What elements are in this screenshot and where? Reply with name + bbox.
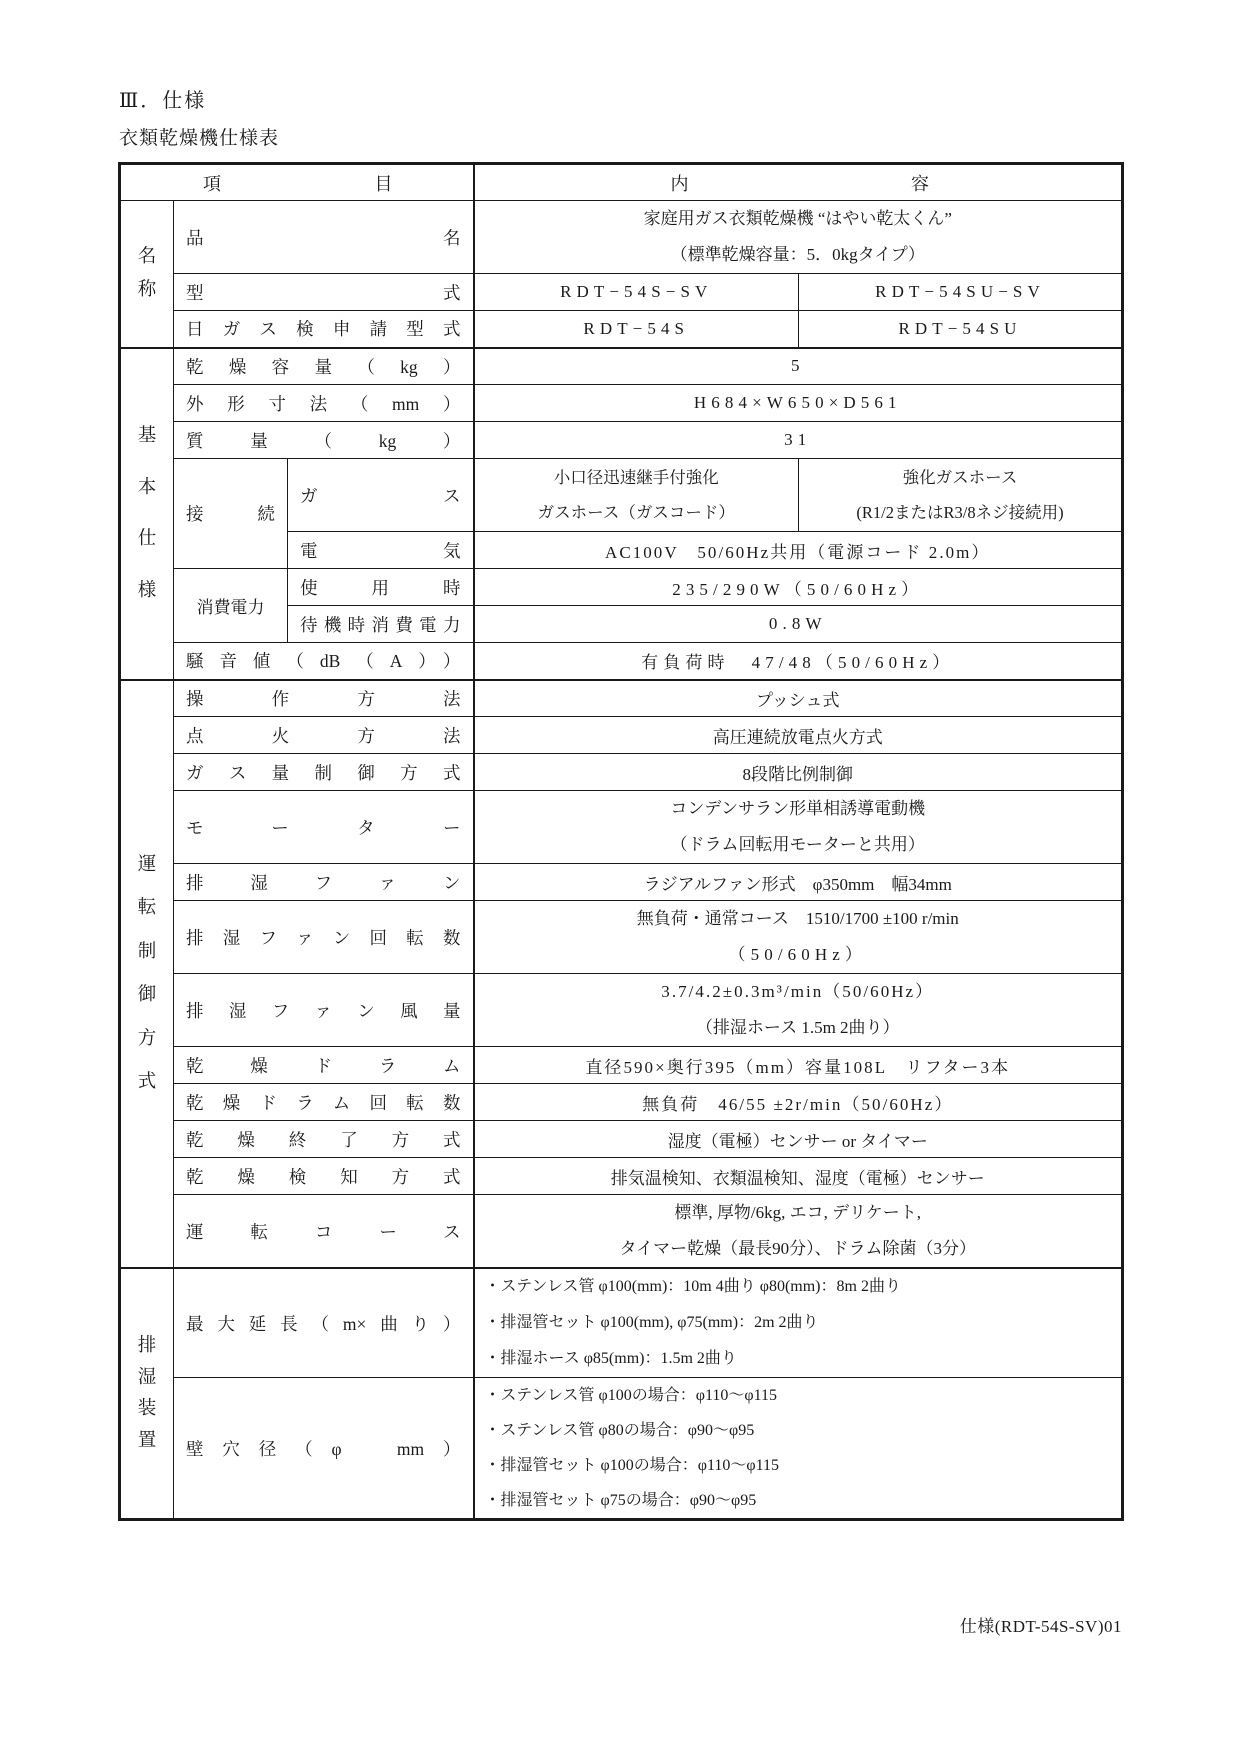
row-connection-gas: 接続 ガス 小口径迅速継手付強化 ガスホース（ガスコード） 強化ガスホース (R…: [120, 459, 1123, 532]
exhaust-fan-value: ラジアルファン形式 φ350mm 幅34mm: [474, 864, 1123, 901]
row-exhaust-fan-airflow: 排湿ファン風量 3.7/4.2±0.3m³/min（50/60Hz） （排湿ホー…: [120, 974, 1123, 1047]
row-power-in-use: 消費電力 使用時 235/290W（50/60Hz）: [120, 569, 1123, 606]
model-value-left: RDT−54S−SV: [474, 274, 799, 311]
row-drying-detection: 乾燥検知方式 排気温検知、衣類温検知、湿度（電極）センサー: [120, 1158, 1123, 1195]
power-in-use-label: 使用時: [288, 569, 474, 606]
exhaust-fan-airflow-label: 排湿ファン風量: [174, 974, 474, 1047]
drying-end-method-value: 湿度（電極）センサー or タイマー: [474, 1121, 1123, 1158]
document-page: Ⅲ．仕様 衣類乾燥機仕様表 項目 内容 名称 品名 家庭用ガス衣類乾燥機 “はや…: [0, 0, 1240, 1754]
gas-control-value: 8段階比例制御: [474, 754, 1123, 791]
row-drying-drum: 乾燥ドラム 直径590×奥行395（mm）容量108L リフター3本: [120, 1047, 1123, 1084]
row-dimensions: 外形寸法（mm） H684×W650×D561: [120, 385, 1123, 422]
power-in-use-value: 235/290W（50/60Hz）: [474, 569, 1123, 606]
header-item-cell: 項目: [120, 164, 474, 201]
row-gas-control: ガス量制御方式 8段階比例制御: [120, 754, 1123, 791]
mass-label: 質量（kg）: [174, 422, 474, 459]
jia-model-label: 日ガス検申請型式: [174, 311, 474, 348]
model-label: 型式: [174, 274, 474, 311]
row-ignition-method: 点火方法 高圧連続放電点火方式: [120, 717, 1123, 754]
courses-label: 運転コース: [174, 1195, 474, 1269]
exhaust-fan-speed-value: 無負荷・通常コース 1510/1700 ±100 r/min （50/60Hz）: [474, 901, 1123, 974]
exhaust-fan-airflow-value: 3.7/4.2±0.3m³/min（50/60Hz） （排湿ホース 1.5m 2…: [474, 974, 1123, 1047]
product-name-value: 家庭用ガス衣類乾燥機 “はやい乾太くん” （標準乾燥容量：5．0kgタイプ）: [474, 201, 1123, 274]
connection-gas-left: 小口径迅速継手付強化 ガスホース（ガスコード）: [474, 459, 799, 532]
row-mass: 質量（kg） 31: [120, 422, 1123, 459]
section-label-exhaust: 排湿装置: [120, 1268, 174, 1520]
section-label-operation: 運転制御方式: [120, 680, 174, 1269]
drying-detection-value: 排気温検知、衣類温検知、湿度（電極）センサー: [474, 1158, 1123, 1195]
drying-detection-label: 乾燥検知方式: [174, 1158, 474, 1195]
spec-table: 項目 内容 名称 品名 家庭用ガス衣類乾燥機 “はやい乾太くん” （標準乾燥容量…: [118, 162, 1124, 1521]
connection-label: 接続: [174, 459, 288, 569]
section-label-basic: 基本仕様: [120, 348, 174, 680]
document-heading: Ⅲ．仕様: [119, 84, 206, 113]
courses-value: 標準, 厚物/6kg, エコ, デリケート, タイマー乾燥（最長90分）、ドラム…: [474, 1195, 1123, 1269]
noise-label: 騒音値（dB（A））: [174, 643, 474, 680]
row-courses: 運転コース 標準, 厚物/6kg, エコ, デリケート, タイマー乾燥（最長90…: [120, 1195, 1123, 1269]
model-value-right: RDT−54SU−SV: [799, 274, 1123, 311]
row-exhaust-fan-speed: 排湿ファン回転数 無負荷・通常コース 1510/1700 ±100 r/min …: [120, 901, 1123, 974]
table-header-row: 項目 内容: [120, 164, 1123, 201]
dimensions-label: 外形寸法（mm）: [174, 385, 474, 422]
dry-capacity-label: 乾燥容量（kg）: [174, 348, 474, 385]
power-standby-label: 待機時消費電力: [288, 606, 474, 643]
motor-label: モーター: [174, 791, 474, 864]
connection-gas-label: ガス: [288, 459, 474, 532]
page-footer: 仕様(RDT-54S-SV)01: [960, 1612, 1122, 1637]
motor-value: コンデンサラン形単相誘導電動機 （ドラム回転用モーターと共用）: [474, 791, 1123, 864]
connection-electric-label: 電気: [288, 532, 474, 569]
row-drying-end-method: 乾燥終了方式 湿度（電極）センサー or タイマー: [120, 1121, 1123, 1158]
row-drum-speed: 乾燥ドラム回転数 無負荷 46/55 ±2r/min（50/60Hz）: [120, 1084, 1123, 1121]
row-operation-method: 運転制御方式 操作方法 プッシュ式: [120, 680, 1123, 717]
row-jia-model: 日ガス検申請型式 RDT−54S RDT−54SU: [120, 311, 1123, 348]
connection-electric-value: AC100V 50/60Hz共用（電源コード 2.0m）: [474, 532, 1123, 569]
max-extension-value: ・ステンレス管 φ100(mm)：10m 4曲り φ80(mm)：8m 2曲り …: [474, 1268, 1123, 1378]
exhaust-fan-speed-label: 排湿ファン回転数: [174, 901, 474, 974]
gas-control-label: ガス量制御方式: [174, 754, 474, 791]
row-model: 型式 RDT−54S−SV RDT−54SU−SV: [120, 274, 1123, 311]
drum-speed-value: 無負荷 46/55 ±2r/min（50/60Hz）: [474, 1084, 1123, 1121]
wall-hole-value: ・ステンレス管 φ100の場合：φ110～φ115 ・ステンレス管 φ80の場合…: [474, 1378, 1123, 1520]
product-name-label: 品名: [174, 201, 474, 274]
row-dry-capacity: 基本仕様 乾燥容量（kg） 5: [120, 348, 1123, 385]
dimensions-value: H684×W650×D561: [474, 385, 1123, 422]
connection-gas-right: 強化ガスホース (R1/2またはR3/8ネジ接続用): [799, 459, 1123, 532]
row-max-extension: 排湿装置 最大延長（m×曲り） ・ステンレス管 φ100(mm)：10m 4曲り…: [120, 1268, 1123, 1378]
document-subheading: 衣類乾燥機仕様表: [119, 123, 279, 150]
max-extension-label: 最大延長（m×曲り）: [174, 1268, 474, 1378]
noise-value: 有負荷時 47/48（50/60Hz）: [474, 643, 1123, 680]
row-wall-hole: 壁穴径（φ mm） ・ステンレス管 φ100の場合：φ110～φ115 ・ステン…: [120, 1378, 1123, 1520]
row-noise: 騒音値（dB（A）） 有負荷時 47/48（50/60Hz）: [120, 643, 1123, 680]
header-content-cell: 内容: [474, 164, 1123, 201]
section-label-naming: 名称: [120, 201, 174, 348]
ignition-method-value: 高圧連続放電点火方式: [474, 717, 1123, 754]
row-motor: モーター コンデンサラン形単相誘導電動機 （ドラム回転用モーターと共用）: [120, 791, 1123, 864]
drum-speed-label: 乾燥ドラム回転数: [174, 1084, 474, 1121]
operation-method-label: 操作方法: [174, 680, 474, 717]
jia-model-value-left: RDT−54S: [474, 311, 799, 348]
ignition-method-label: 点火方法: [174, 717, 474, 754]
dry-capacity-value: 5: [474, 348, 1123, 385]
row-exhaust-fan: 排湿ファン ラジアルファン形式 φ350mm 幅34mm: [120, 864, 1123, 901]
wall-hole-label: 壁穴径（φ mm）: [174, 1378, 474, 1520]
drying-end-method-label: 乾燥終了方式: [174, 1121, 474, 1158]
exhaust-fan-label: 排湿ファン: [174, 864, 474, 901]
power-consumption-label: 消費電力: [174, 569, 288, 643]
drying-drum-label: 乾燥ドラム: [174, 1047, 474, 1084]
row-product-name: 名称 品名 家庭用ガス衣類乾燥機 “はやい乾太くん” （標準乾燥容量：5．0kg…: [120, 201, 1123, 274]
mass-value: 31: [474, 422, 1123, 459]
operation-method-value: プッシュ式: [474, 680, 1123, 717]
jia-model-value-right: RDT−54SU: [799, 311, 1123, 348]
power-standby-value: 0.8W: [474, 606, 1123, 643]
drying-drum-value: 直径590×奥行395（mm）容量108L リフター3本: [474, 1047, 1123, 1084]
